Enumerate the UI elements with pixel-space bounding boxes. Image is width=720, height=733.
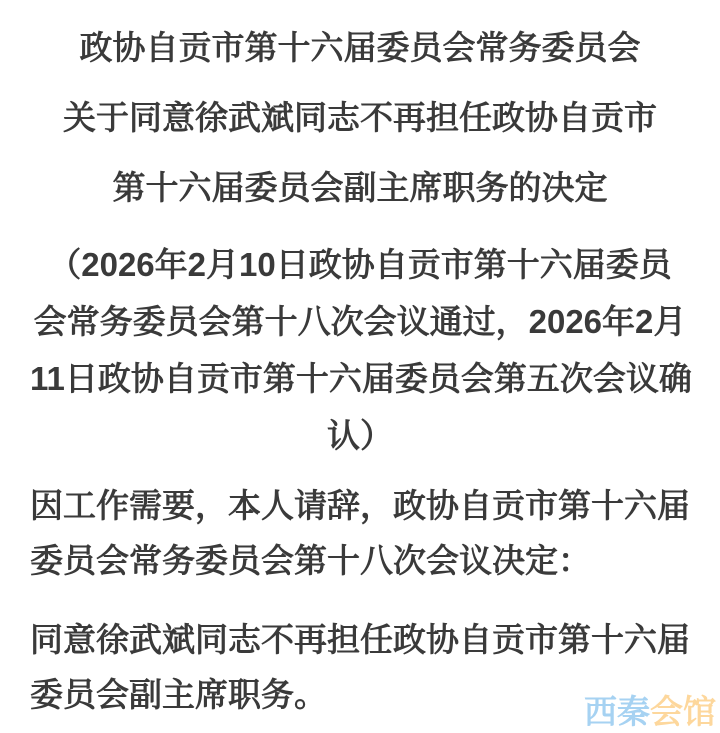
meeting-approval-note: （2026年2月10日政协自贡市第十六届委员 会常务委员会第十八次会议通过，20… bbox=[30, 236, 690, 464]
subtitle-line-1: （2026年2月10日政协自贡市第十六届委员 bbox=[30, 236, 690, 293]
subtitle-line-2: 会常务委员会第十八次会议通过，2026年2月 bbox=[30, 293, 690, 350]
title-line-1: 政协自贡市第十六届委员会常务委员会 bbox=[30, 26, 690, 70]
subtitle-line-3: 11日政协自贡市第十六届委员会第五次会议确 bbox=[30, 350, 690, 407]
title-line-3: 第十六届委员会副主席职务的决定 bbox=[30, 166, 690, 210]
watermark-part1: 西秦 bbox=[584, 693, 650, 730]
watermark-part2: 会馆 bbox=[650, 693, 716, 730]
subtitle-line-4: 认） bbox=[30, 407, 690, 464]
body-paragraph-1: 因工作需要，本人请辞，政协自贡市第十六届委员会常务委员会第十八次会议决定： bbox=[30, 478, 690, 588]
title-line-2: 关于同意徐武斌同志不再担任政协自贡市 bbox=[30, 96, 690, 140]
document-page: 政协自贡市第十六届委员会常务委员会 关于同意徐武斌同志不再担任政协自贡市 第十六… bbox=[0, 0, 720, 722]
watermark: 西秦会馆 bbox=[584, 695, 716, 729]
document-title: 政协自贡市第十六届委员会常务委员会 关于同意徐武斌同志不再担任政协自贡市 第十六… bbox=[30, 26, 690, 210]
